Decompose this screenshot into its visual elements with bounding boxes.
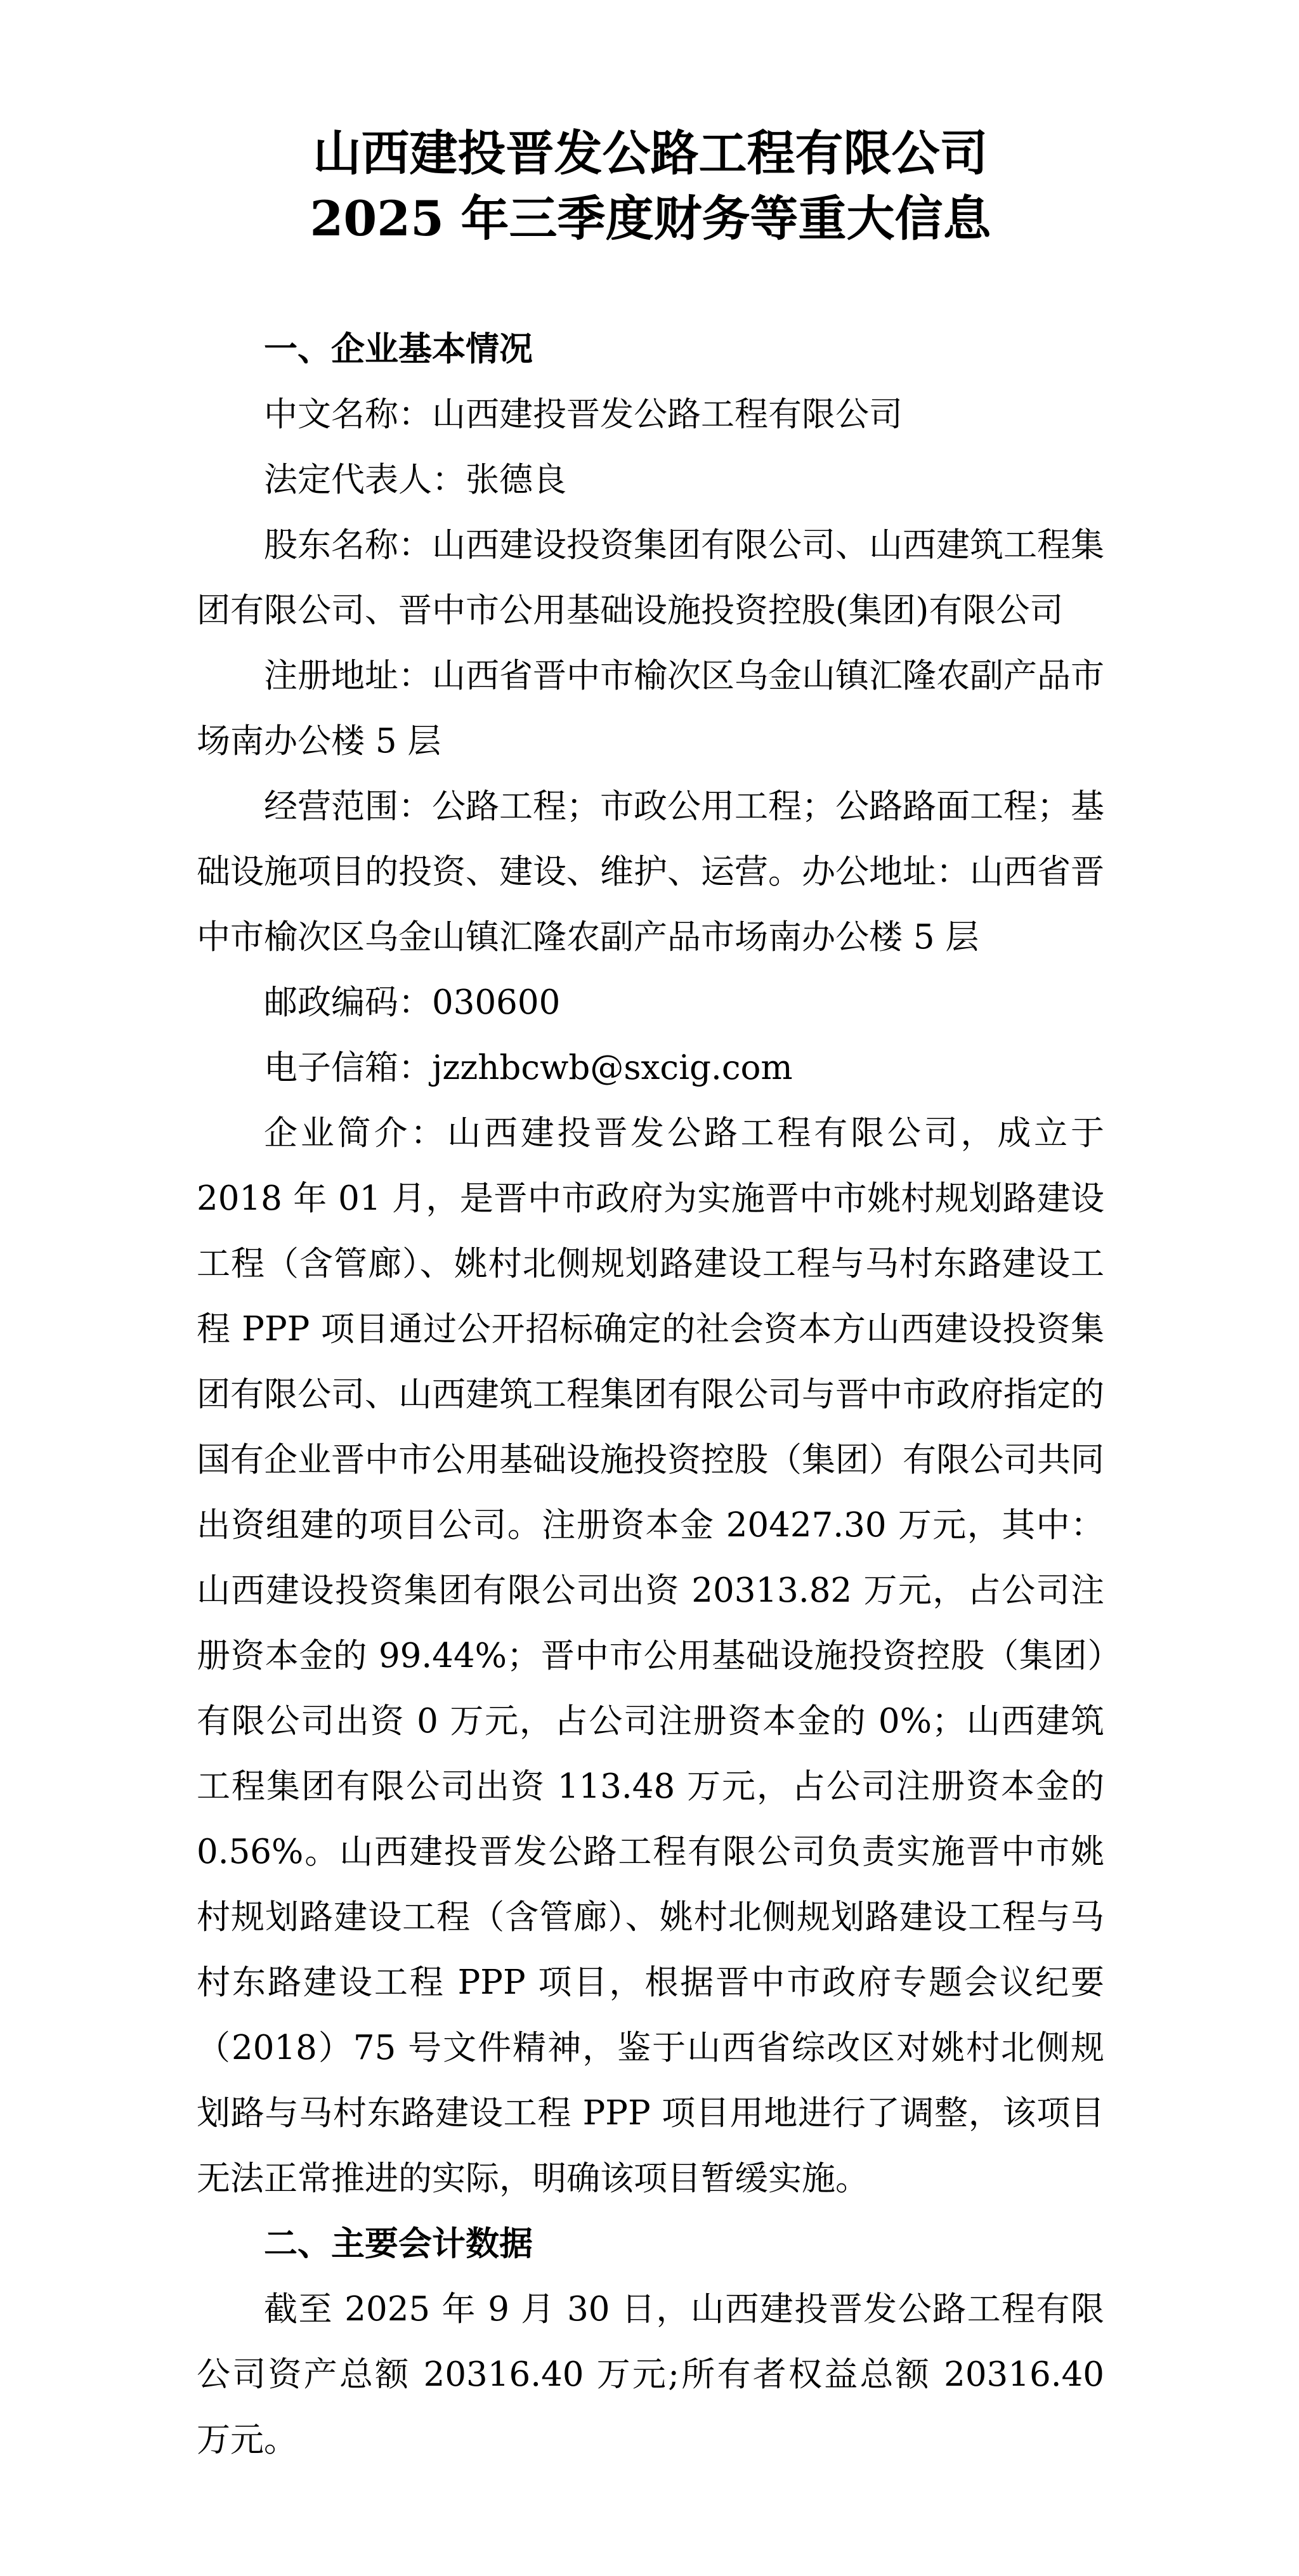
- paragraph-email: 电子信箱：jzzhbcwb@sxcig.com: [197, 1035, 1104, 1101]
- section-heading-key-accounting-data: 二、主要会计数据: [197, 2211, 1104, 2277]
- title-line-2: 2025 年三季度财务等重大信息: [197, 186, 1104, 251]
- paragraph-chinese-name: 中文名称：山西建投晋发公路工程有限公司: [197, 382, 1104, 447]
- paragraph-accounting-data: 截至 2025 年 9 月 30 日，山西建投晋发公路工程有限公司资产总额 20…: [197, 2277, 1104, 2473]
- paragraph-registered-address: 注册地址：山西省晋中市榆次区乌金山镇汇隆农副产品市场南办公楼 5 层: [197, 643, 1104, 774]
- paragraph-company-profile: 企业简介：山西建投晋发公路工程有限公司，成立于 2018 年 01 月，是晋中市…: [197, 1101, 1104, 2211]
- paragraph-postal-code: 邮政编码：030600: [197, 970, 1104, 1035]
- title-line-1: 山西建投晋发公路工程有限公司: [197, 121, 1104, 186]
- document-title: 山西建投晋发公路工程有限公司 2025 年三季度财务等重大信息: [197, 121, 1104, 251]
- document-body: 一、企业基本情况 中文名称：山西建投晋发公路工程有限公司 法定代表人：张德良 股…: [197, 317, 1104, 2473]
- paragraph-legal-representative: 法定代表人：张德良: [197, 447, 1104, 513]
- paragraph-business-scope: 经营范围：公路工程；市政公用工程；公路路面工程；基础设施项目的投资、建设、维护、…: [197, 774, 1104, 970]
- document-page: 山西建投晋发公路工程有限公司 2025 年三季度财务等重大信息 一、企业基本情况…: [0, 0, 1299, 2576]
- paragraph-shareholders: 股东名称：山西建设投资集团有限公司、山西建筑工程集团有限公司、晋中市公用基础设施…: [197, 513, 1104, 643]
- section-heading-company-basic-info: 一、企业基本情况: [197, 317, 1104, 382]
